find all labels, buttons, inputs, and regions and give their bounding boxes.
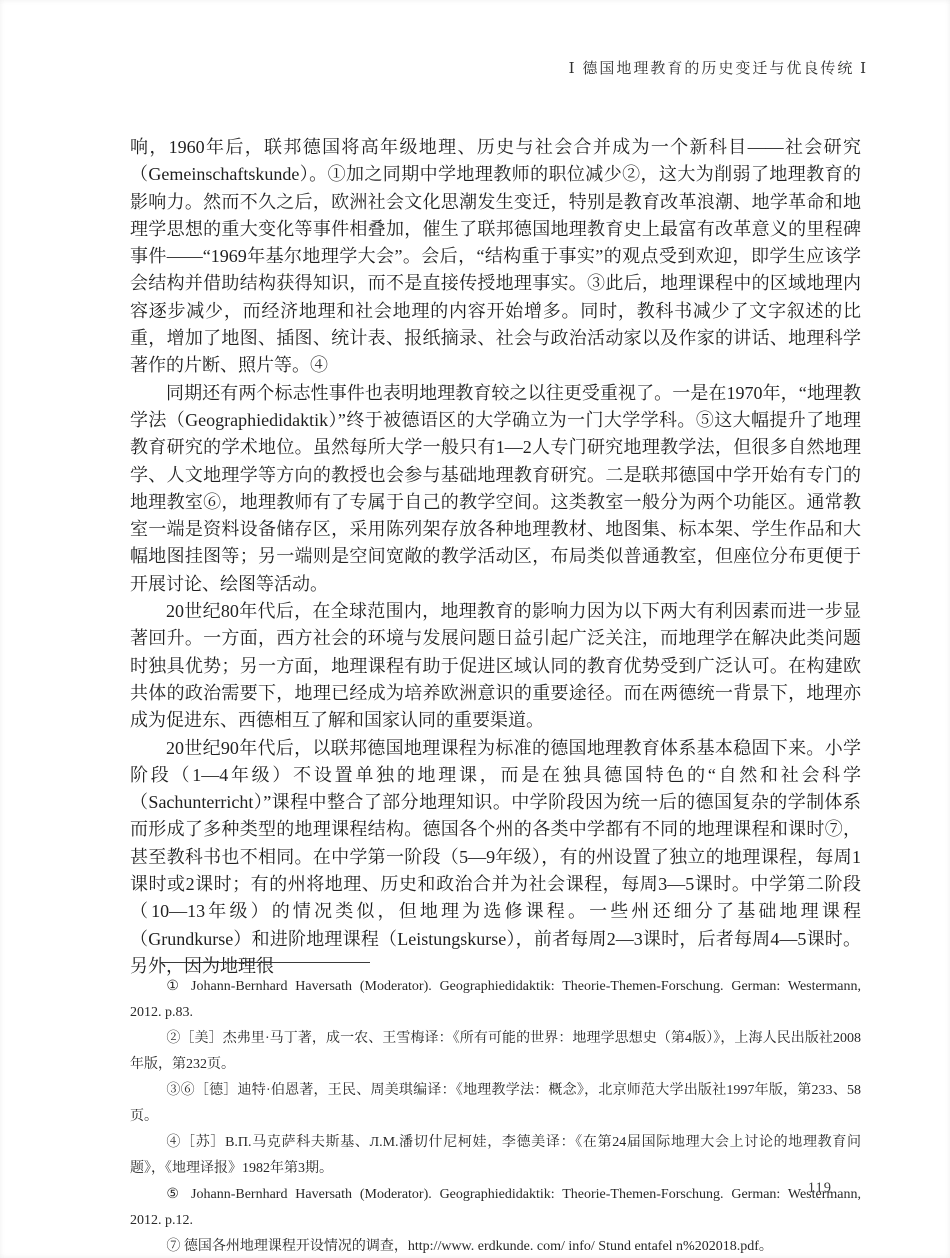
body-paragraph: 响，1960年后，联邦德国将高年级地理、历史与社会合并成为一个新科目——社会研究… [130, 134, 861, 380]
body-paragraph: 20世纪80年代后，在全球范围内，地理教育的影响力因为以下两大有利因素而进一步显… [130, 598, 861, 734]
body-paragraph: 20世纪90年代后，以联邦德国地理课程为标准的德国地理教育体系基本稳固下来。小学… [130, 735, 861, 981]
footnote-item: ④［苏］В.П.马克萨科夫斯基、Л.М.潘切什尼柯娃，李德美译：《在第24届国际… [130, 1130, 861, 1182]
body-paragraph: 同期还有两个标志性事件也表明地理教育较之以往更受重视了。一是在1970年，“地理… [130, 380, 861, 598]
footnote-item: ① Johann-Bernhard Haversath (Moderator).… [130, 974, 861, 1026]
footnote-divider [160, 962, 370, 963]
footnote-item: ⑤ Johann-Bernhard Haversath (Moderator).… [130, 1182, 861, 1234]
footnote-item: ③⑥［德］迪特·伯恩著，王民、周美琪编译：《地理教学法：概念》，北京师范大学出版… [130, 1078, 861, 1130]
footnote-item: ⑦ 德国各州地理课程开设情况的调查，http://www. erdkunde. … [130, 1234, 861, 1258]
footnotes-section: ① Johann-Bernhard Haversath (Moderator).… [130, 974, 861, 1258]
book-page: Ⅰ 德国地理教育的历史变迁与优良传统 Ⅰ 响，1960年后，联邦德国将高年级地理… [0, 0, 950, 1258]
main-text: 响，1960年后，联邦德国将高年级地理、历史与社会合并成为一个新科目——社会研究… [130, 134, 861, 980]
footnote-item: ②［美］杰弗里·马丁著，成一农、王雪梅译：《所有可能的世界：地理学思想史（第4版… [130, 1026, 861, 1078]
header-title: Ⅰ 德国地理教育的历史变迁与优良传统 Ⅰ [569, 61, 868, 77]
page-header: Ⅰ 德国地理教育的历史变迁与优良传统 Ⅰ [569, 57, 868, 78]
page-number: 119 [808, 1180, 832, 1197]
